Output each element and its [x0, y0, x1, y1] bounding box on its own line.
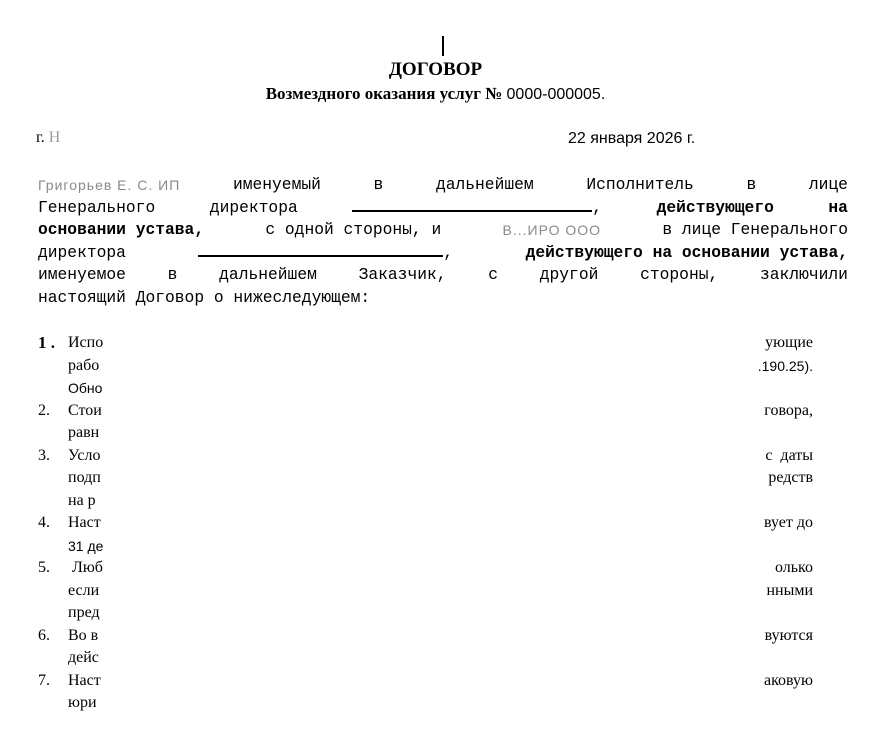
clause-line-end: редств: [768, 467, 813, 490]
clause-line-end: ующие: [765, 332, 813, 355]
clause-number: 5.: [38, 557, 68, 580]
city: г. Н: [36, 129, 60, 147]
text-cursor: [442, 36, 444, 56]
word: директора: [38, 242, 126, 265]
clause-number: 1 .: [38, 332, 68, 355]
city-label: г.: [36, 129, 45, 146]
customer-name: В...ИРО ООО: [503, 219, 602, 242]
preamble: Григорьев Е. С. ИП именуемый в дальнейше…: [38, 174, 848, 309]
word: Заказчик,: [359, 264, 447, 287]
word: стороны,: [640, 264, 718, 287]
customer-director-field[interactable]: ,: [198, 242, 453, 265]
document-subtitle: Возмездного оказания услуг № 0000-000005…: [0, 84, 871, 104]
clause-line-start: рабо: [68, 355, 108, 378]
clause-item: 5. Люболькоеслиннымипред: [38, 557, 813, 625]
contract-date: 22 января 2026 г.: [568, 130, 695, 148]
clause-line-end: олько: [775, 557, 813, 580]
word: в: [746, 174, 756, 197]
contract-number: 0000-000005.: [507, 86, 606, 103]
word: настоящий Договор о нижеследующем:: [38, 287, 370, 310]
city-value: Н: [49, 129, 61, 146]
clause-line-start: Стои: [68, 400, 108, 423]
word: дальнейшем: [436, 174, 534, 197]
word: с: [488, 264, 498, 287]
word: директора: [210, 197, 298, 220]
clause-item: 2.Стоиговора,равн: [38, 400, 813, 445]
clause-number: 2.: [38, 400, 68, 423]
clause-line-start: Испо: [68, 332, 108, 355]
clause-line-start: подп: [68, 467, 108, 490]
clause-line-end: говора,: [764, 400, 813, 423]
executor-name: Григорьев Е. С. ИП: [38, 174, 180, 197]
preamble-line-2: Генерального директора , действующего на: [38, 197, 848, 220]
word: заключили: [760, 264, 848, 287]
clause-item: 1 .Испоующиерабо.190.25).Обно: [38, 332, 813, 400]
clause-line-start: Наст: [68, 512, 108, 535]
clause-line-start: Наст: [68, 670, 108, 693]
clause-number: 4.: [38, 512, 68, 535]
word: Генерального: [38, 197, 155, 220]
clause-line-end: нными: [766, 580, 813, 603]
clause-line-start: на р: [68, 490, 108, 513]
clause-line-start: дейс: [68, 647, 108, 670]
word: дальнейшем: [219, 264, 317, 287]
clause-number: 7.: [38, 670, 68, 693]
clause-line-start: юри: [68, 692, 108, 715]
clause-line-end: аковую: [764, 670, 813, 693]
preamble-line-4: директора , действующего на основании ус…: [38, 242, 848, 265]
clause-line-start: равн: [68, 422, 108, 445]
preamble-line-1: Григорьев Е. С. ИП именуемый в дальнейше…: [38, 174, 848, 197]
preamble-line-3: основании устава, с одной стороны, и В..…: [38, 219, 848, 242]
clause-item: 7.Настаковуююри: [38, 670, 813, 715]
clause-line-start: если: [68, 580, 108, 603]
word: в: [168, 264, 178, 287]
word: именуемое: [38, 264, 126, 287]
clause-line-end: вуются: [765, 625, 813, 648]
document-title: ДОГОВОР: [0, 59, 871, 81]
clause-line-start: пред: [68, 602, 108, 625]
word: действующего на основании устава,: [526, 242, 848, 265]
executor-director-field[interactable]: ,: [352, 197, 602, 220]
clause-item: 6.Во ввуютсядейс: [38, 625, 813, 670]
word: лице: [809, 174, 848, 197]
clause-line-end: .190.25).: [758, 355, 813, 378]
word: основании устава,: [38, 219, 204, 242]
word: Исполнитель: [586, 174, 693, 197]
word: с одной стороны, и: [265, 219, 441, 242]
word: другой: [540, 264, 599, 287]
preamble-line-5: именуемое в дальнейшем Заказчик, с друго…: [38, 264, 848, 287]
clause-line-start: 31 де: [68, 535, 108, 558]
preamble-line-6: настоящий Договор о нижеследующем:: [38, 287, 848, 310]
word: на: [828, 197, 848, 220]
clause-line-start: Усло: [68, 445, 108, 468]
clause-line-end: с даты: [765, 445, 813, 468]
word: в лице Генерального: [662, 219, 848, 242]
clause-number: 3.: [38, 445, 68, 468]
clause-item: 4.Наствует до31 де: [38, 512, 813, 557]
word: действующего: [657, 197, 774, 220]
clause-line-start: Люб: [68, 557, 108, 580]
word: именуемый: [233, 174, 321, 197]
subtitle-prefix: Возмездного оказания услуг №: [266, 84, 503, 103]
word: в: [374, 174, 384, 197]
clause-line-start: Во в: [68, 625, 108, 648]
clause-line-end: вует до: [764, 512, 813, 535]
clause-line-start: Обно: [68, 377, 108, 400]
clause-item: 3.Услос датыподпредствна р: [38, 445, 813, 513]
clause-number: 6.: [38, 625, 68, 648]
